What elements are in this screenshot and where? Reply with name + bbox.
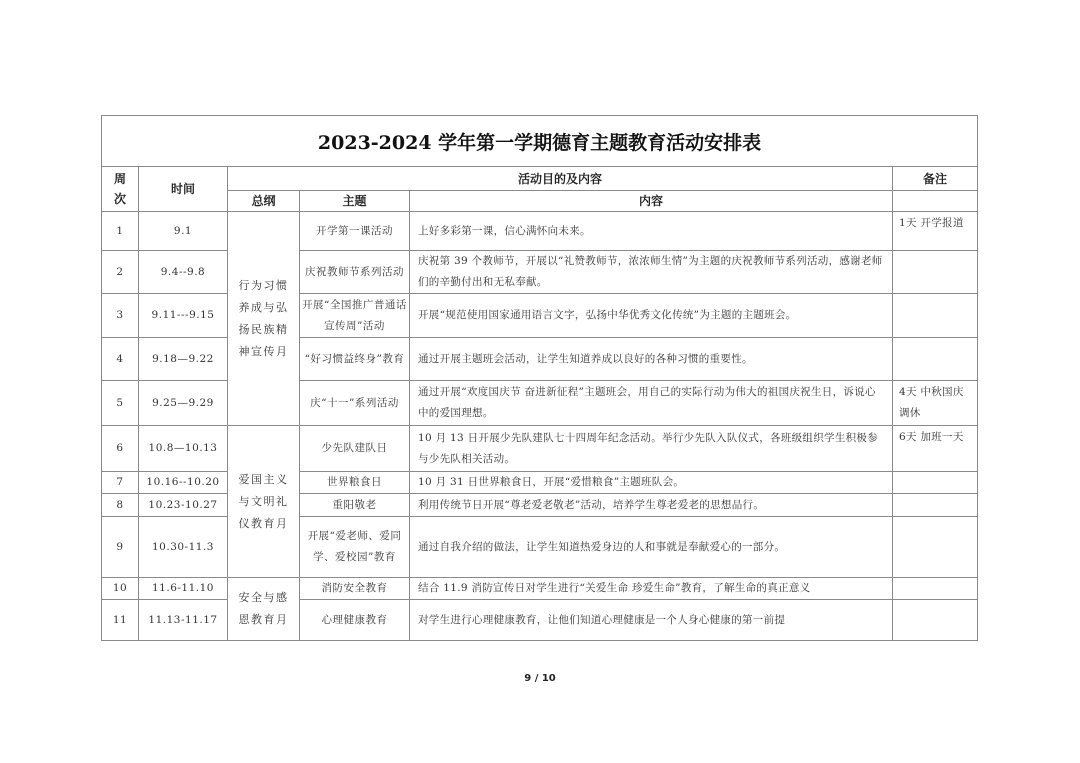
time-cell: 9.18—9.22 (139, 338, 228, 381)
time-cell: 9.11---9.15 (139, 294, 228, 338)
header-outline: 总纲 (228, 191, 300, 212)
header-time: 时间 (139, 167, 228, 212)
time-cell: 10.8—10.13 (139, 426, 228, 472)
content-cell: 10 月 13 日开展少先队建队七十四周年纪念活动。举行少先队入队仪式，各班级组… (410, 426, 893, 472)
theme-cell: 少先队建队日 (300, 426, 410, 472)
content-cell: 10 月 31 日世界粮食日，开展“爱惜粮食”主题班队会。 (410, 472, 893, 494)
note-cell (893, 517, 978, 578)
header-note-blank (893, 191, 978, 212)
theme-cell: 重阳敬老 (300, 494, 410, 517)
week-cell: 8 (102, 494, 139, 517)
theme-cell: 开展“爱老师、爱同学、爱校园”教育 (300, 517, 410, 578)
header-activity-group: 活动目的及内容 (228, 167, 893, 191)
theme-cell: 世界粮食日 (300, 472, 410, 494)
content-cell: 庆祝第 39 个教师节，开展以“礼赞教师节，浓浓师生情”为主题的庆祝教师节系列活… (410, 251, 893, 294)
header-content: 内容 (410, 191, 893, 212)
header-week: 周次 (102, 167, 139, 212)
content-cell: 对学生进行心理健康教育，让他们知道心理健康是一个人身心健康的第一前提 (410, 600, 893, 641)
content-cell: 通过开展“欢度国庆节 奋进新征程”主题班会，用自己的实际行动为伟大的祖国庆祝生日… (410, 381, 893, 426)
week-cell: 2 (102, 251, 139, 294)
theme-cell: 庆“十一”系列活动 (300, 381, 410, 426)
table-title: 2023-2024 学年第一学期德育主题教育活动安排表 (102, 116, 978, 167)
activity-schedule-table: 2023-2024 学年第一学期德育主题教育活动安排表 周次 时间 活动目的及内… (101, 115, 978, 641)
week-cell: 7 (102, 472, 139, 494)
week-cell: 6 (102, 426, 139, 472)
content-cell: 利用传统节日开展“尊老爱老敬老”活动，培养学生尊老爱老的思想品行。 (410, 494, 893, 517)
note-cell: 1天 开学报道 (893, 212, 978, 251)
note-cell (893, 338, 978, 381)
page-indicator: 9 / 10 (0, 673, 1080, 684)
content-cell: 上好多彩第一课，信心满怀向未来。 (410, 212, 893, 251)
outline-cell: 行为习惯养成与弘扬民族精神宣传月 (228, 212, 300, 426)
table-row: 6 10.8—10.13 爱国主义与文明礼仪教育月 少先队建队日 10 月 13… (102, 426, 978, 472)
week-cell: 3 (102, 294, 139, 338)
note-cell: 4天 中秋国庆调休 (893, 381, 978, 426)
time-cell: 11.6-11.10 (139, 578, 228, 600)
content-cell: 结合 11.9 消防宣传日对学生进行“关爱生命 珍爱生命”教育，了解生命的真正意… (410, 578, 893, 600)
note-cell: 6天 加班一天 (893, 426, 978, 472)
time-cell: 10.16--10.20 (139, 472, 228, 494)
table-row: 10 11.6-11.10 安全与感恩教育月 消防安全教育 结合 11.9 消防… (102, 578, 978, 600)
theme-cell: 庆祝教师节系列活动 (300, 251, 410, 294)
theme-cell: 开展“全国推广普通话宣传周”活动 (300, 294, 410, 338)
note-cell (893, 494, 978, 517)
content-cell: 开展“规范使用国家通用语言文字，弘扬中华优秀文化传统”为主题的主题班会。 (410, 294, 893, 338)
note-cell (893, 294, 978, 338)
week-cell: 9 (102, 517, 139, 578)
outline-cell: 安全与感恩教育月 (228, 578, 300, 641)
note-cell (893, 251, 978, 294)
week-cell: 5 (102, 381, 139, 426)
theme-cell: 消防安全教育 (300, 578, 410, 600)
content-cell: 通过开展主题班会活动，让学生知道养成以良好的各种习惯的重要性。 (410, 338, 893, 381)
time-cell: 11.13-11.17 (139, 600, 228, 641)
week-cell: 1 (102, 212, 139, 251)
note-cell (893, 472, 978, 494)
theme-cell: 心理健康教育 (300, 600, 410, 641)
time-cell: 9.1 (139, 212, 228, 251)
week-cell: 10 (102, 578, 139, 600)
note-cell (893, 578, 978, 600)
time-cell: 10.23-10.27 (139, 494, 228, 517)
header-theme: 主题 (300, 191, 410, 212)
content-cell: 通过自我介绍的做法，让学生知道热爱身边的人和事就是奉献爱心的一部分。 (410, 517, 893, 578)
theme-cell: “好习惯益终身”教育 (300, 338, 410, 381)
header-week-label: 周次 (113, 169, 127, 209)
time-cell: 10.30-11.3 (139, 517, 228, 578)
time-cell: 9.25—9.29 (139, 381, 228, 426)
header-note: 备注 (893, 167, 978, 191)
note-cell (893, 600, 978, 641)
week-cell: 11 (102, 600, 139, 641)
outline-cell: 爱国主义与文明礼仪教育月 (228, 426, 300, 578)
theme-cell: 开学第一课活动 (300, 212, 410, 251)
time-cell: 9.4--9.8 (139, 251, 228, 294)
table-row: 1 9.1 行为习惯养成与弘扬民族精神宣传月 开学第一课活动 上好多彩第一课，信… (102, 212, 978, 251)
week-cell: 4 (102, 338, 139, 381)
